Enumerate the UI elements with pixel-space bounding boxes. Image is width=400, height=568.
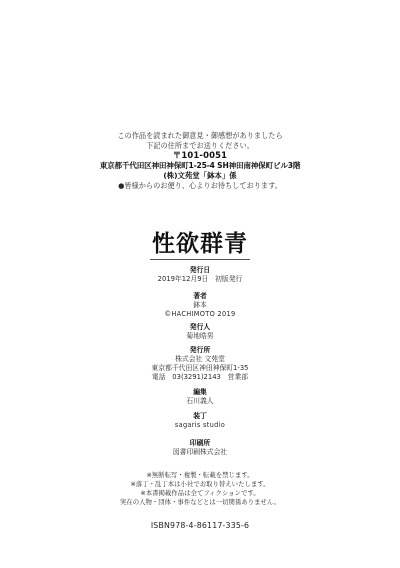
publisher-person-value: 菊地晧男 — [0, 333, 400, 340]
publisher-label: 発行所 — [0, 347, 400, 354]
feedback-address: 東京都千代田区神田神保町1-25-4 SH神田南神保町ビル3階 — [0, 162, 400, 170]
publisher-address: 東京都千代田区神田神保町1-35 — [0, 365, 400, 372]
notice-misprint-exchange: ※落丁・乱丁本は小社でお取り替えいたします。 — [0, 481, 400, 487]
printer-label: 印刷所 — [0, 440, 400, 447]
editor-value: 石川義人 — [0, 398, 400, 405]
editor-label: 編集 — [0, 389, 400, 396]
isbn: ISBN978-4-86117-335-6 — [0, 522, 400, 530]
publisher-company: 株式会社 文苑堂 — [0, 356, 400, 363]
feedback-request-line: この作品を読まれた御意見・御感想がありましたら — [0, 132, 400, 139]
design-value: sagaris studio — [0, 422, 400, 429]
colophon-page: この作品を読まれた御意見・御感想がありましたら 下記の住所までお送りください。 … — [0, 0, 400, 568]
feedback-department: (株)文苑堂「鉢本」係 — [0, 172, 400, 179]
author-label: 著者 — [0, 293, 400, 300]
notice-fiction: ※本書掲載作品は全てフィクションです。 — [0, 490, 400, 496]
author-value: 鉢本 — [0, 302, 400, 309]
notice-no-reproduction: ※無断転写・複製・転載を禁じます。 — [0, 472, 400, 478]
postal-code: 〒101-0051 — [0, 151, 400, 159]
design-label: 装丁 — [0, 413, 400, 420]
feedback-closing: ●皆様からのお便り、心よりお待ちしております。 — [0, 182, 400, 189]
feedback-send-line: 下記の住所までお送りください。 — [0, 142, 400, 149]
printer-value: 図書印刷株式会社 — [0, 449, 400, 456]
book-title: 性欲群青 — [0, 232, 400, 255]
copyright-line: ©HACHIMOTO 2019 — [0, 311, 400, 318]
publish-date-value: 2019年12月9日 初版発行 — [0, 276, 400, 283]
publish-date-label: 発行日 — [0, 267, 400, 274]
title-divider — [150, 259, 250, 260]
notice-no-relation: 実在の人物・団体・事件などとは一切関係ありません。 — [0, 499, 400, 505]
publisher-person-label: 発行人 — [0, 324, 400, 331]
publisher-phone: 電話 03(3291)2143 営業部 — [0, 374, 400, 381]
